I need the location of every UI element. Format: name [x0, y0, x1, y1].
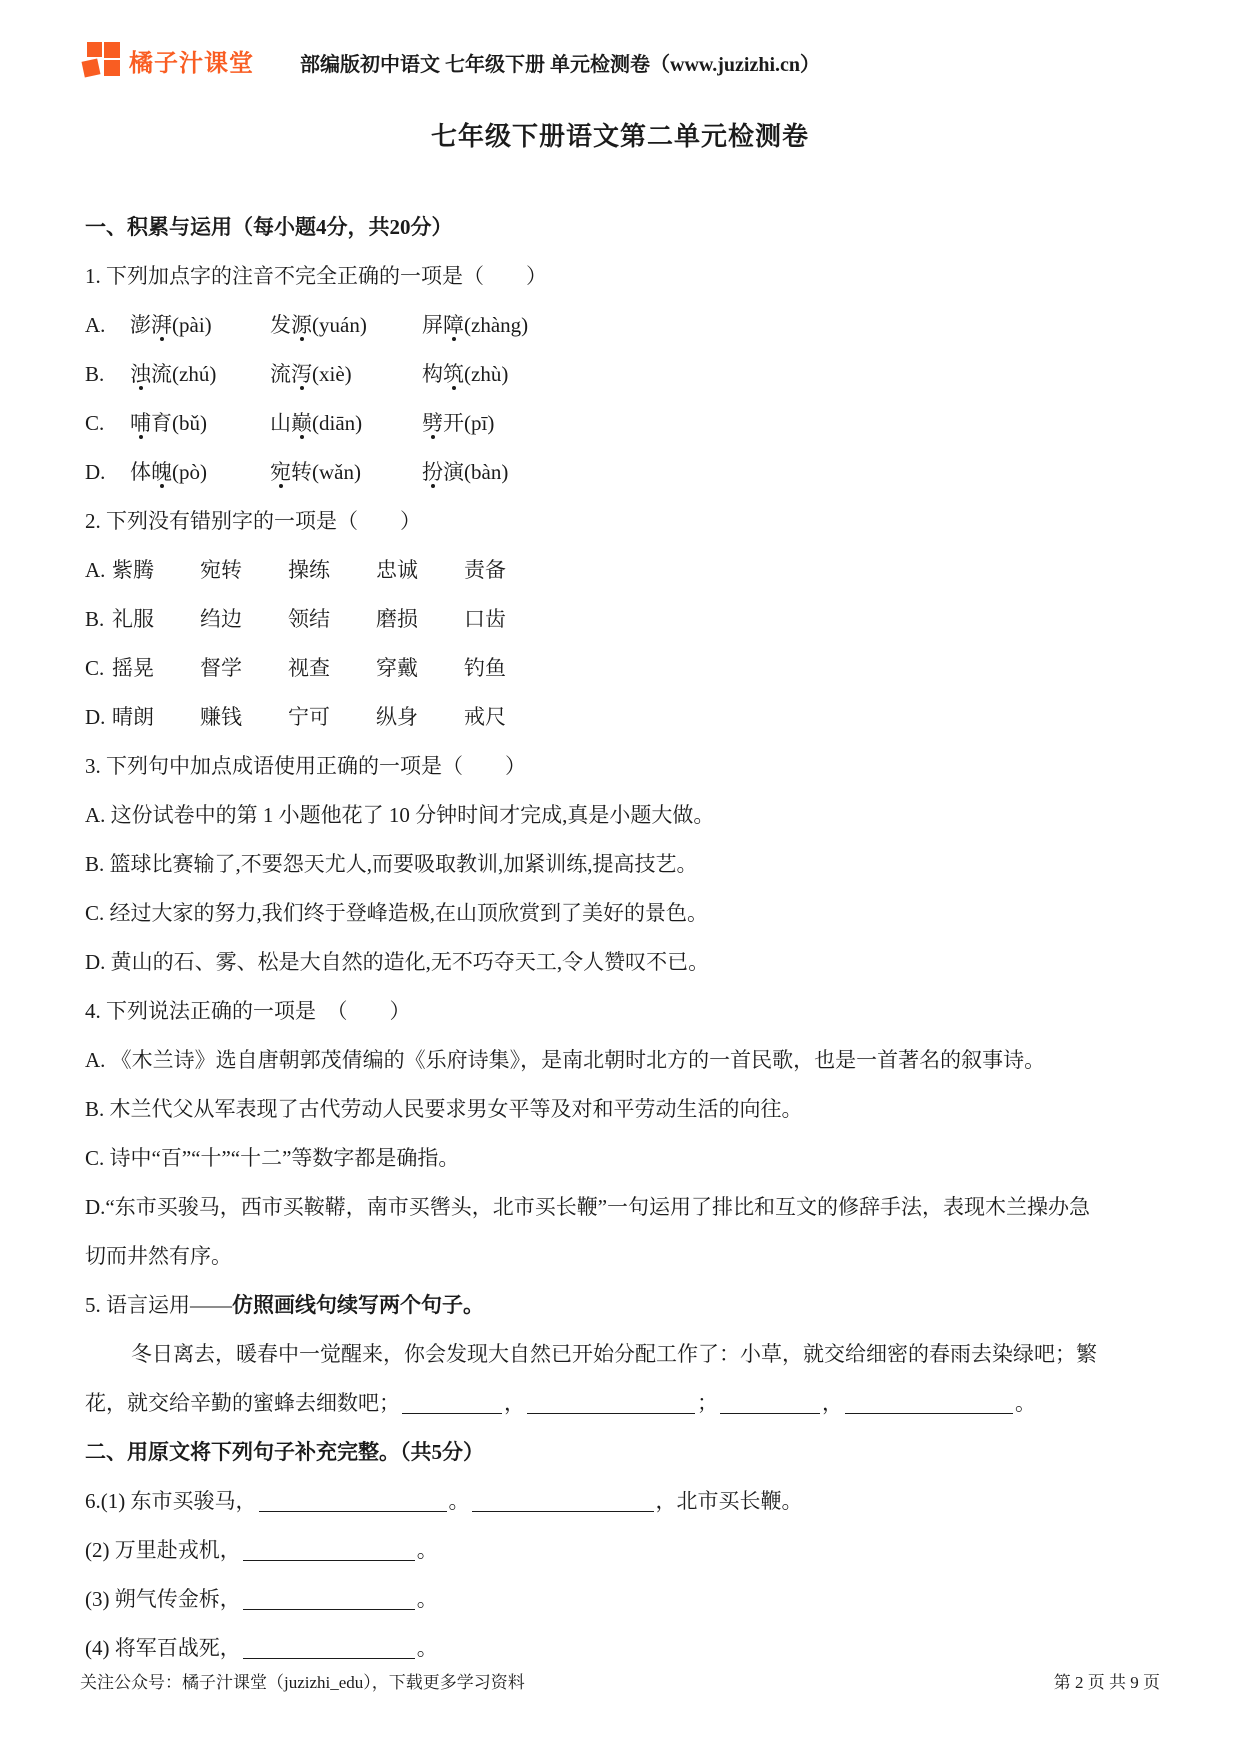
pinyin-text: (zhú) — [172, 362, 216, 386]
pinyin-text: (xiè) — [312, 362, 352, 386]
option-row: A.紫腾宛转操练忠诚责备 — [85, 546, 1157, 595]
option-word: 磨损 — [376, 595, 464, 644]
option-word: 责备 — [464, 546, 552, 595]
pinyin-text: (bàn) — [464, 460, 508, 484]
option-word: 钓鱼 — [464, 644, 552, 693]
pinyin-option-item: 澎湃(pài) — [130, 301, 270, 350]
answer-blank — [720, 1399, 820, 1414]
pinyin-text: (zhàng) — [464, 313, 528, 337]
option-word: 礼服 — [112, 595, 200, 644]
pinyin-option-item: 构筑(zhù) — [422, 350, 508, 399]
text-segment: 。 — [417, 1587, 438, 1611]
han-char: 山 — [270, 411, 291, 435]
option-label: A. — [85, 546, 112, 595]
text-segment: 。 — [449, 1489, 470, 1513]
option-word: 穿戴 — [376, 644, 464, 693]
paragraph-text: B. 篮球比赛输了,不要怨天尤人,而要吸取教训,加紧训练,提高技艺。 — [85, 840, 1157, 889]
exam-title: 七年级下册语文第二单元检测卷 — [0, 116, 1240, 153]
han-char: 扮 — [422, 460, 443, 484]
answer-blank — [845, 1399, 1013, 1414]
pinyin-option-item: 屏障(zhàng) — [422, 301, 528, 350]
pinyin-option-item: 流泻(xiè) — [270, 350, 422, 399]
option-row: B.浊流(zhú)流泻(xiè)构筑(zhù) — [85, 350, 1157, 399]
pinyin-text: (pài) — [172, 313, 212, 337]
option-row: C.摇晃督学视查穿戴钓鱼 — [85, 644, 1157, 693]
han-char: 障 — [443, 313, 464, 337]
han-char: 宛 — [270, 460, 291, 484]
option-word: 纵身 — [376, 693, 464, 742]
option-word: 领结 — [288, 595, 376, 644]
document-header-title: 部编版初中语文 七年级下册 单元检测卷（www.juzizhi.cn） — [22, 48, 1098, 77]
question-text: 4. 下列说法正确的一项是 （ ） — [85, 987, 1157, 1036]
page-footer: 关注公众号：橘子汁课堂（juzizhi_edu），下载更多学习资料 第 2 页 … — [80, 1668, 1160, 1693]
text-segment: 。 — [417, 1636, 438, 1660]
fill-in-line: (3) 朔气传金柝，。 — [85, 1575, 1157, 1624]
footer-note: 关注公众号：橘子汁课堂（juzizhi_edu），下载更多学习资料 — [80, 1668, 525, 1693]
option-label: B. — [85, 595, 112, 644]
paragraph-text: C. 诗中“百”“十”“十二”等数字都是确指。 — [85, 1134, 1157, 1183]
option-label: C. — [85, 399, 130, 448]
option-word: 宁可 — [288, 693, 376, 742]
han-char: 开 — [443, 411, 464, 435]
fill-in-line: 6.(1) 东市买骏马，。，北市买长鞭。 — [85, 1477, 1157, 1526]
han-char: 构 — [422, 362, 443, 386]
pinyin-text: (pò) — [172, 460, 207, 484]
question-text: 5. 语言运用——仿照画线句续写两个句子。 — [85, 1281, 1157, 1330]
fill-in-line: (4) 将军百战死，。 — [85, 1624, 1157, 1673]
pinyin-option-item: 浊流(zhú) — [130, 350, 270, 399]
text-segment: 。 — [1015, 1391, 1036, 1415]
section-heading: 二、用原文将下列句子补充完整。（共5分） — [85, 1428, 1157, 1477]
option-row: B.礼服绉边领结磨损口齿 — [85, 595, 1157, 644]
pinyin-option-item: 山巅(diān) — [270, 399, 422, 448]
option-word: 赚钱 — [200, 693, 288, 742]
paragraph-text: A. 《木兰诗》选自唐朝郭茂倩编的《乐府诗集》，是南北朝时北方的一首民歌，也是一… — [85, 1036, 1157, 1085]
paragraph-text: 切而井然有序。 — [85, 1232, 1157, 1281]
option-row: D.体魄(pò)宛转(wǎn)扮演(bàn) — [85, 448, 1157, 497]
paragraph-text: D.“东市买骏马，西市买鞍鞯，南市买辔头，北市买长鞭”一句运用了排比和互文的修辞… — [85, 1183, 1157, 1232]
option-word: 操练 — [288, 546, 376, 595]
option-label: D. — [85, 448, 130, 497]
option-word: 紫腾 — [112, 546, 200, 595]
option-word: 忠诚 — [376, 546, 464, 595]
pinyin-text: (wǎn) — [312, 460, 361, 484]
pinyin-text: (diān) — [312, 411, 362, 435]
answer-blank — [243, 1546, 415, 1561]
text-segment: (2) 万里赴戎机， — [85, 1538, 241, 1562]
han-char: 泻 — [291, 362, 312, 386]
question-text: 3. 下列句中加点成语使用正确的一项是（ ） — [85, 742, 1157, 791]
option-label: D. — [85, 693, 112, 742]
option-word: 视查 — [288, 644, 376, 693]
option-word: 宛转 — [200, 546, 288, 595]
pinyin-text: (pī) — [464, 411, 494, 435]
question-text: 2. 下列没有错别字的一项是（ ） — [85, 497, 1157, 546]
section-heading: 一、积累与运用（每小题4分，共20分） — [85, 203, 1157, 252]
option-word: 晴朗 — [112, 693, 200, 742]
exam-content: 一、积累与运用（每小题4分，共20分）1. 下列加点字的注音不完全正确的一项是（… — [85, 203, 1157, 1673]
pinyin-option-item: 劈开(pī) — [422, 399, 494, 448]
paragraph-text: D. 黄山的石、雾、松是大自然的造化,无不巧夺天工,令人赞叹不已。 — [85, 938, 1157, 987]
answer-blank — [243, 1644, 415, 1659]
text-segment: ， — [822, 1391, 843, 1415]
fill-in-line: (2) 万里赴戎机，。 — [85, 1526, 1157, 1575]
pinyin-option-item: 体魄(pò) — [130, 448, 270, 497]
pinyin-option-item: 发源(yuán) — [270, 301, 422, 350]
question-text: 1. 下列加点字的注音不完全正确的一项是（ ） — [85, 252, 1157, 301]
option-word: 绉边 — [200, 595, 288, 644]
option-row: D.晴朗赚钱宁可纵身戒尺 — [85, 693, 1157, 742]
paragraph-text: B. 木兰代父从军表现了古代劳动人民要求男女平等及对和平劳动生活的向往。 — [85, 1085, 1157, 1134]
page-number: 第 2 页 共 9 页 — [1054, 1668, 1160, 1693]
text-segment: (4) 将军百战死， — [85, 1636, 241, 1660]
han-char: 浊 — [130, 362, 151, 386]
option-word: 摇晃 — [112, 644, 200, 693]
han-char: 体 — [130, 460, 151, 484]
pinyin-option-item: 扮演(bàn) — [422, 448, 508, 497]
option-word: 戒尺 — [464, 693, 552, 742]
exam-paper-page: 橘子汁课堂 部编版初中语文 七年级下册 单元检测卷（www.juzizhi.cn… — [0, 0, 1240, 1754]
option-word: 口齿 — [464, 595, 552, 644]
han-char: 湃 — [151, 313, 172, 337]
han-char: 育 — [151, 411, 172, 435]
han-char: 巅 — [291, 411, 312, 435]
han-char: 演 — [443, 460, 464, 484]
text-segment: ； — [697, 1391, 718, 1415]
fill-in-line: 花，就交给辛勤的蜜蜂去细数吧；，；，。 — [85, 1379, 1157, 1428]
text-segment: 5. 语言运用—— — [85, 1293, 232, 1317]
paragraph-text: 冬日离去，暖春中一觉醒来，你会发现大自然已开始分配工作了：小草，就交给细密的春雨… — [85, 1330, 1157, 1379]
text-segment: 6.(1) 东市买骏马， — [85, 1489, 257, 1513]
paragraph-text: A. 这份试卷中的第 1 小题他花了 10 分钟时间才完成,真是小题大做。 — [85, 791, 1157, 840]
han-char: 转 — [291, 460, 312, 484]
option-word: 督学 — [200, 644, 288, 693]
text-segment: ，北市买长鞭。 — [656, 1489, 803, 1513]
han-char: 哺 — [130, 411, 151, 435]
pinyin-option-item: 宛转(wǎn) — [270, 448, 422, 497]
han-char: 源 — [291, 313, 312, 337]
han-char: 魄 — [151, 460, 172, 484]
answer-blank — [472, 1497, 654, 1512]
answer-blank — [243, 1595, 415, 1610]
option-label: B. — [85, 350, 130, 399]
paragraph-text: C. 经过大家的努力,我们终于登峰造极,在山顶欣赏到了美好的景色。 — [85, 889, 1157, 938]
pinyin-text: (zhù) — [464, 362, 508, 386]
answer-blank — [402, 1399, 502, 1414]
han-char: 筑 — [443, 362, 464, 386]
text-segment: ， — [504, 1391, 525, 1415]
han-char: 劈 — [422, 411, 443, 435]
option-row: A.澎湃(pài)发源(yuán)屏障(zhàng) — [85, 301, 1157, 350]
option-row: C.哺育(bǔ)山巅(diān)劈开(pī) — [85, 399, 1157, 448]
han-char: 流 — [151, 362, 172, 386]
text-segment: 花，就交给辛勤的蜜蜂去细数吧； — [85, 1391, 400, 1415]
option-label: A. — [85, 301, 130, 350]
han-char: 发 — [270, 313, 291, 337]
text-segment: (3) 朔气传金柝， — [85, 1587, 241, 1611]
answer-blank — [527, 1399, 695, 1414]
han-char: 屏 — [422, 313, 443, 337]
han-char: 澎 — [130, 313, 151, 337]
page-header: 橘子汁课堂 部编版初中语文 七年级下册 单元检测卷（www.juzizhi.cn… — [82, 40, 1158, 84]
pinyin-text: (bǔ) — [172, 411, 207, 435]
option-label: C. — [85, 644, 112, 693]
answer-blank — [259, 1497, 447, 1512]
pinyin-option-item: 哺育(bǔ) — [130, 399, 270, 448]
text-segment: 仿照画线句续写两个句子。 — [232, 1293, 484, 1317]
text-segment: 。 — [417, 1538, 438, 1562]
pinyin-text: (yuán) — [312, 313, 367, 337]
han-char: 流 — [270, 362, 291, 386]
